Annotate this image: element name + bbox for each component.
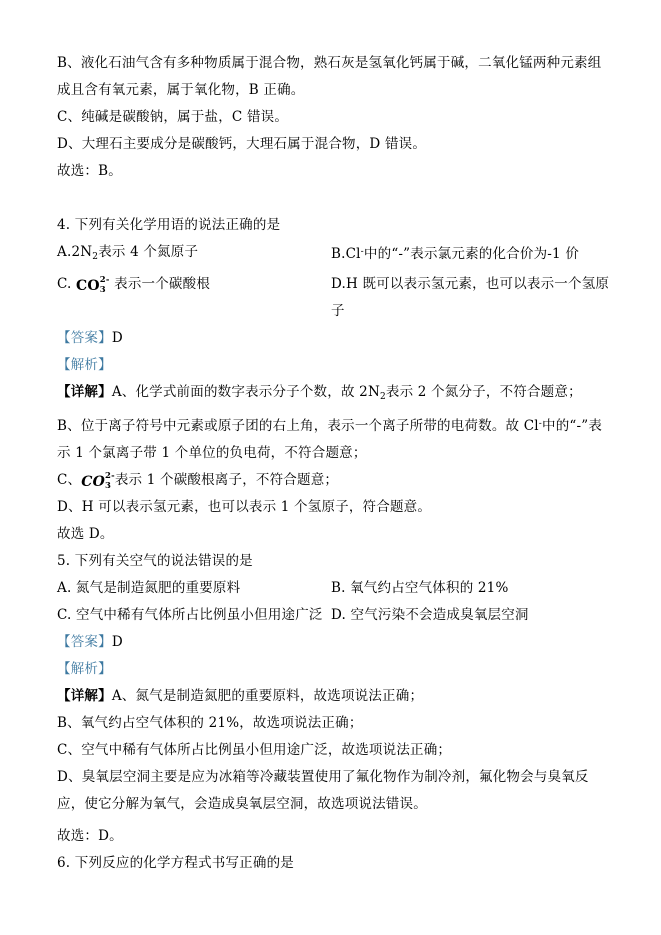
q5-answer: 【答案】D (57, 629, 612, 656)
text-run: D. 空气污染不会造成臭氧层空洞 (331, 607, 529, 623)
q3-expl-option-c: C、纯碱是碳酸钠，属于盐，C 错误。 (57, 104, 612, 131)
chemical-formula: CO2-3 (76, 276, 110, 296)
text-run: A、化学式前面的数字表示分子个数，故 2N (112, 384, 380, 400)
text-run: A. 氮气是制造氮肥的重要原料 (57, 580, 240, 596)
section-marker: 【解析】 (57, 357, 112, 373)
q5-options-ab: A. 氮气是制造氮肥的重要原料B. 氧气约占空气体积的 21% (57, 575, 612, 602)
section-marker: 【答案】 (57, 634, 112, 650)
text-run: 6. 下列反应的化学方程式书写正确的是 (57, 855, 294, 871)
text-run: D (112, 634, 123, 650)
q4-detail-a: 【详解】A、化学式前面的数字表示分子个数，故 2N2表示 2 个氮分子，不符合题… (57, 379, 612, 411)
text-run: B、液化石油气含有多种物质属于混合物，熟石灰是氢氧化钙属于碱，二氧化锰两种元素组… (57, 55, 601, 98)
q3-expl-option-d: D、大理石主要成分是碳酸钙，大理石属于混合物，D 错误。 (57, 131, 612, 158)
text-run: C. (57, 276, 76, 292)
q5-title: 5. 下列有关空气的说法错误的是 (57, 548, 612, 575)
text-run: 中的“-”表示氯元素的化合价为-1 价 (364, 246, 579, 262)
chemical-formula: CO2-3 (81, 472, 115, 492)
q3-conclusion: 故选：B。 (57, 158, 612, 185)
text-run: 表示 2 个氮分子，不符合题意； (386, 384, 582, 400)
q3-expl-option-b: B、液化石油气含有多种物质属于混合物，熟石灰是氢氧化钙属于碱，二氧化锰两种元素组… (57, 50, 612, 104)
q5-options-ab-left: A. 氮气是制造氮肥的重要原料 (57, 575, 331, 602)
q4-options-ab-left: A.2N2表示 4 个氮原子 (57, 239, 331, 271)
q4-options-cd: C. CO2-3 表示一个碳酸根D.H 既可以表示氢元素，也可以表示一个氢原子 (57, 271, 612, 325)
text-run: D、H 可以表示氢元素，也可以表示 1 个氢原子，符合题意。 (57, 499, 431, 515)
q4-answer: 【答案】D (57, 325, 612, 352)
section-marker: 【解析】 (57, 661, 112, 677)
text-run: C、纯碱是碳酸钠，属于盐，C 错误。 (57, 109, 288, 125)
q5-analysis-label: 【解析】 (57, 656, 612, 683)
text-run: 5. 下列有关空气的说法错误的是 (57, 553, 253, 569)
text-run: 表示一个碳酸根 (110, 276, 210, 292)
text-run: D、大理石主要成分是碳酸钙，大理石属于混合物，D 错误。 (57, 136, 426, 152)
q5-options-cd-right: D. 空气污染不会造成臭氧层空洞 (331, 602, 612, 629)
q5-detail-c: C、空气中稀有气体所占比例虽小但用途广泛，故选项说法正确； (57, 737, 612, 764)
document-page: B、液化石油气含有多种物质属于混合物，熟石灰是氢氧化钙属于碱，二氧化锰两种元素组… (0, 0, 661, 935)
section-marker: 【答案】 (57, 330, 112, 346)
q5-conclusion: 故选：D。 (57, 823, 612, 850)
text-run: 表示 4 个氮原子 (98, 244, 198, 260)
text-run: B、氧气约占空气体积的 21%，故选项说法正确； (57, 715, 363, 731)
q6-title: 6. 下列反应的化学方程式书写正确的是 (57, 850, 612, 877)
text-run: A.2N (57, 244, 92, 260)
q4-options-ab-right: B.Cl-中的“-”表示氯元素的化合价为-1 价 (331, 239, 612, 271)
q5-options-cd: C. 空气中稀有气体所占比例虽小但用途广泛D. 空气污染不会造成臭氧层空洞 (57, 602, 612, 629)
section-marker: 【详解】 (57, 688, 112, 704)
text-run: C、 (57, 472, 81, 488)
q4-detail-d: D、H 可以表示氢元素，也可以表示 1 个氢原子，符合题意。 (57, 494, 612, 521)
text-run: B、位于离子符号中元素或原子团的右上角，表示一个离子所带的电荷数。故 Cl (57, 418, 539, 434)
text-run: 故选 D。 (57, 526, 114, 542)
q4-options-ab: A.2N2表示 4 个氮原子B.Cl-中的“-”表示氯元素的化合价为-1 价 (57, 239, 612, 271)
q4-detail-b: B、位于离子符号中元素或原子团的右上角，表示一个离子所带的电荷数。故 Cl-中的… (57, 411, 612, 467)
text-run: A、氮气是制造氮肥的重要原料，故选项说法正确； (112, 688, 423, 704)
text-run: 故选：B。 (57, 163, 122, 179)
text-run: B.Cl (331, 246, 361, 262)
text-run: D、臭氧层空洞主要是应为冰箱等冷藏装置使用了氟化物作为制冷剂，氟化物会与臭氧反应… (57, 769, 589, 812)
q4-title: 4. 下列有关化学用语的说法正确的是 (57, 212, 612, 239)
q5-options-cd-left: C. 空气中稀有气体所占比例虽小但用途广泛 (57, 602, 331, 629)
text-run: C、空气中稀有气体所占比例虽小但用途广泛，故选项说法正确； (57, 742, 451, 758)
text-run: 4. 下列有关化学用语的说法正确的是 (57, 217, 280, 233)
text-run: D (112, 330, 123, 346)
q5-detail-a: 【详解】A、氮气是制造氮肥的重要原料，故选项说法正确； (57, 683, 612, 710)
text-run: 故选：D。 (57, 828, 123, 844)
section-marker: 【详解】 (57, 384, 112, 400)
text-run: C. 空气中稀有气体所占比例虽小但用途广泛 (57, 607, 323, 623)
q4-options-cd-left: C. CO2-3 表示一个碳酸根 (57, 271, 331, 325)
q4-analysis-label: 【解析】 (57, 352, 612, 379)
q5-options-ab-right: B. 氧气约占空气体积的 21% (331, 575, 612, 602)
text-run: D.H 既可以表示氢元素，也可以表示一个氢原子 (331, 276, 609, 319)
q4-options-cd-right: D.H 既可以表示氢元素，也可以表示一个氢原子 (331, 271, 612, 325)
q4-detail-c: C、CO2-3表示 1 个碳酸根离子，不符合题意； (57, 467, 612, 494)
q5-detail-b: B、氧气约占空气体积的 21%，故选项说法正确； (57, 710, 612, 737)
text-run: B. 氧气约占空气体积的 21% (331, 580, 509, 596)
q5-detail-d: D、臭氧层空洞主要是应为冰箱等冷藏装置使用了氟化物作为制冷剂，氟化物会与臭氧反应… (57, 764, 612, 818)
q4-conclusion: 故选 D。 (57, 521, 612, 548)
text-run: 表示 1 个碳酸根离子，不符合题意； (115, 472, 338, 488)
blank-line (57, 185, 612, 212)
document-content: B、液化石油气含有多种物质属于混合物，熟石灰是氢氧化钙属于碱，二氧化锰两种元素组… (57, 50, 612, 877)
